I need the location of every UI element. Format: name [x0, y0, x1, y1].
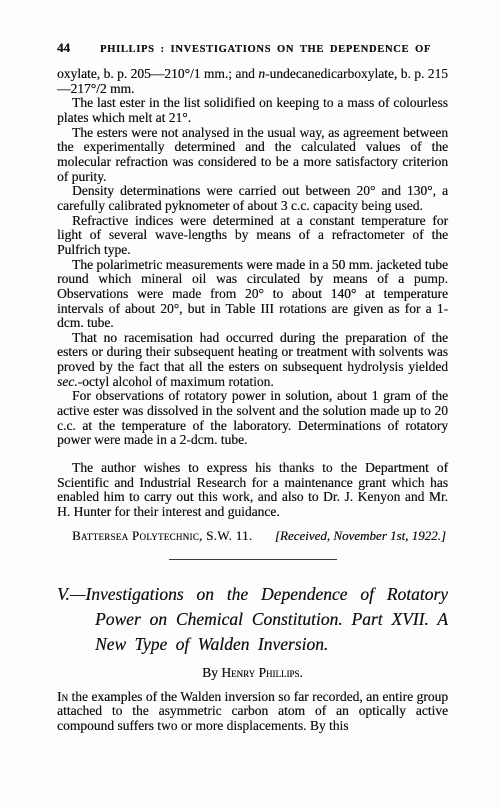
lead-word: In [57, 689, 68, 704]
article-end-section: oxylate, b. p. 205—210°/1 mm.; and n-und… [57, 67, 448, 560]
institution-signature: Battersea Polytechnic, S.W. 11. [57, 528, 252, 544]
paragraph-oxylate: oxylate, b. p. 205—210°/1 mm.; and n-und… [57, 67, 448, 96]
paragraph-refractive: Refractive indices were determined at a … [57, 214, 448, 258]
running-title: PHILLIPS : INVESTIGATIONS ON THE DEPENDE… [97, 44, 448, 55]
byline-prefix: By [202, 665, 221, 680]
italic-n: n [258, 66, 265, 81]
paragraph-racemisation: That no racemisation had occurred during… [57, 331, 448, 390]
paragraph-esters-analysed: The esters were not analysed in the usua… [57, 126, 448, 185]
paragraph-polarimetric: The polarimetric measurements were made … [57, 258, 448, 331]
paragraph-text: the examples of the Walden inversion so … [57, 689, 448, 733]
byline-suffix: . [299, 665, 302, 680]
paragraph-solution: For observations of rotatory power in so… [57, 389, 448, 448]
paragraph-text: -octyl alcohol of maximum rotation. [78, 374, 274, 389]
paragraph-walden-intro: In the examples of the Walden inversion … [57, 690, 448, 734]
page-header: 44 PHILLIPS : INVESTIGATIONS ON THE DEPE… [57, 40, 448, 56]
journal-page: 44 PHILLIPS : INVESTIGATIONS ON THE DEPE… [0, 0, 500, 810]
paragraph-density: Density determinations were carried out … [57, 184, 448, 213]
italic-sec: sec. [57, 374, 78, 389]
paragraph-text: oxylate, b. p. 205—210°/1 mm.; and [57, 66, 258, 81]
page-number: 44 [57, 40, 97, 56]
section-divider [169, 559, 337, 560]
received-date: [Received, November 1st, 1922.] [275, 528, 448, 544]
author-name: Henry Phillips [221, 665, 299, 680]
signature-row: Battersea Polytechnic, S.W. 11. [Receive… [57, 528, 448, 544]
paragraph-text: That no racemisation had occurred during… [57, 330, 448, 374]
paragraph-last-ester: The last ester in the list solidified on… [57, 96, 448, 125]
paragraph-acknowledgment: The author wishes to express his thanks … [57, 461, 448, 520]
next-article-section: V.—Investigations on the Dependence of R… [57, 582, 448, 734]
article-title: V.—Investigations on the Dependence of R… [57, 582, 448, 657]
byline: By Henry Phillips. [57, 665, 448, 681]
